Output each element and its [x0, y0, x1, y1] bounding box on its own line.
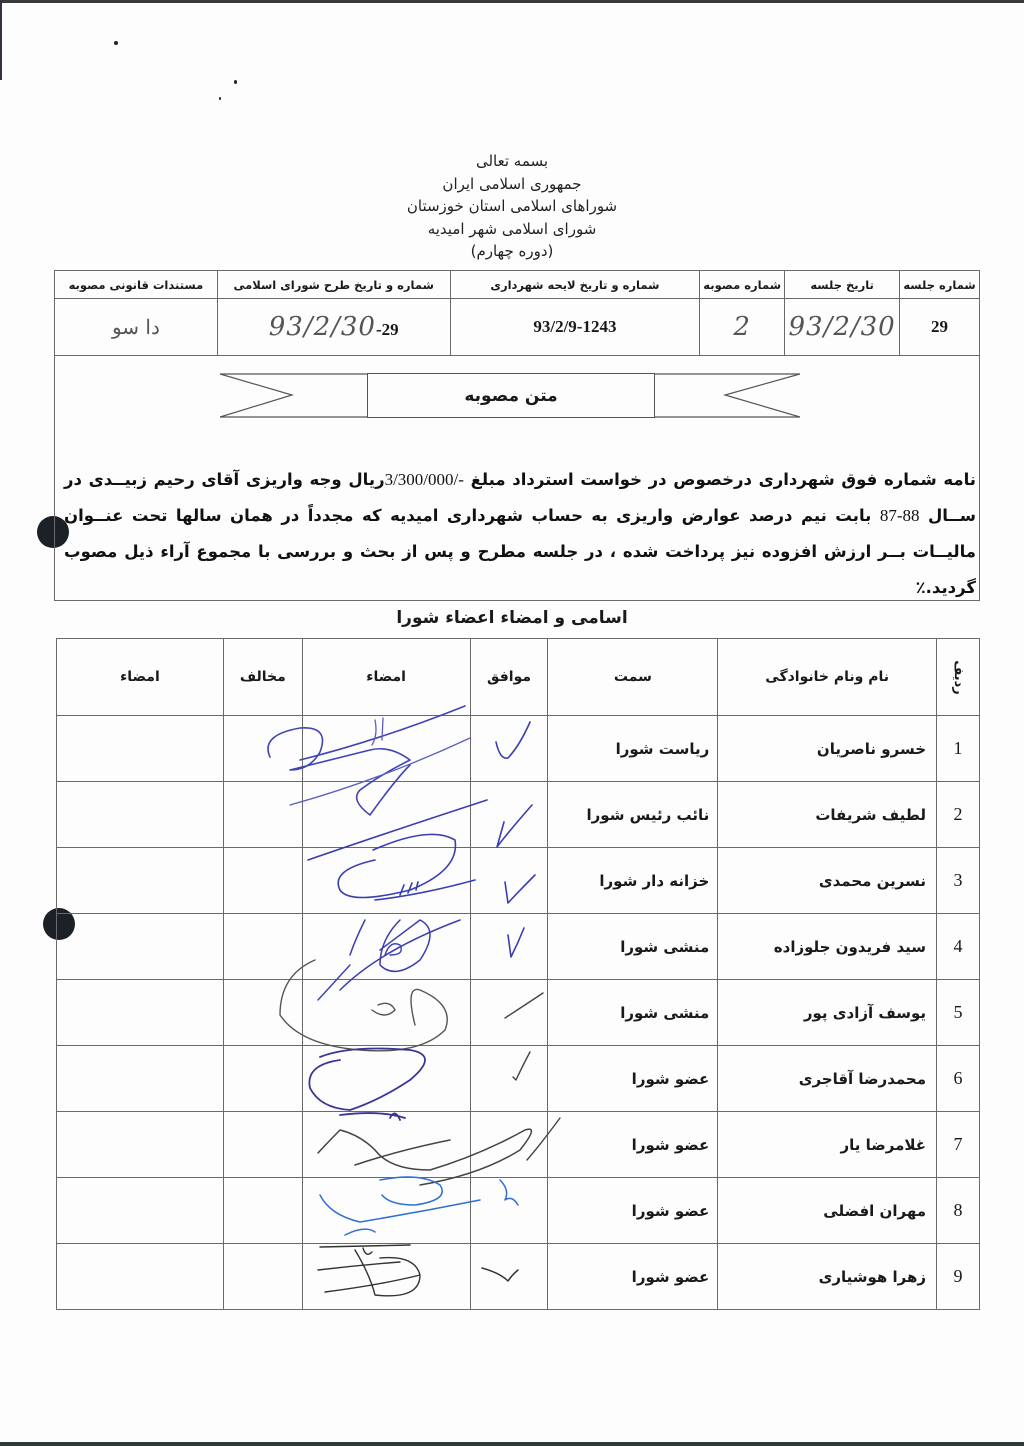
meta-header-row: شماره جلسه تاریخ جلسه شماره مصوبه شماره … — [55, 271, 980, 299]
row-index: 7 — [937, 1112, 980, 1178]
signature-cell — [302, 1178, 470, 1244]
signature-cell — [302, 782, 470, 848]
member-name: نسرین محمدی — [718, 848, 937, 914]
agree-cell — [470, 716, 548, 782]
col-index-label: ردیف — [951, 660, 966, 695]
member-role: منشی شورا — [548, 980, 718, 1046]
legal-basis-handwritten: دا سو — [112, 315, 160, 339]
heading-line: جمهوری اسلامی ایران — [0, 173, 1024, 196]
resolution-banner-label: متن مصوبه — [367, 373, 655, 418]
agree-cell — [470, 980, 548, 1046]
members-header-row: ردیف نام ونام خانوادگی سمت موافق امضاء م… — [57, 639, 980, 716]
heading-line: بسمه تعالی — [0, 150, 1024, 173]
document-heading: بسمه تعالی جمهوری اسلامی ایران شوراهای ا… — [0, 150, 1024, 263]
oppose-cell — [223, 1112, 302, 1178]
oppose-cell — [223, 1046, 302, 1112]
oppose-cell — [223, 1244, 302, 1310]
oppose-signature-cell — [57, 1178, 224, 1244]
signature-cell — [302, 1244, 470, 1310]
oppose-signature-cell — [57, 980, 224, 1046]
member-role: عضو شورا — [548, 1178, 718, 1244]
oppose-cell — [223, 848, 302, 914]
session-date: 93/2/30 — [785, 299, 900, 356]
agree-cell — [470, 848, 548, 914]
signature-cell — [302, 716, 470, 782]
oppose-signature-cell — [57, 1244, 224, 1310]
table-row: 2 لطیف شریفات نائب رئیس شورا — [57, 782, 980, 848]
table-row: 6 محمدرضا آقاجری عضو شورا — [57, 1046, 980, 1112]
members-section-title: اسامی و امضاء اعضاء شورا — [0, 608, 1024, 628]
table-row: 5 یوسف آزادی پور منشی شورا — [57, 980, 980, 1046]
oppose-cell — [223, 782, 302, 848]
col-session-date: تاریخ جلسه — [785, 271, 900, 299]
agree-cell — [470, 914, 548, 980]
heading-line: (دوره چهارم) — [0, 240, 1024, 263]
col-role: سمت — [548, 639, 718, 716]
col-name: نام ونام خانوادگی — [718, 639, 937, 716]
row-index: 3 — [937, 848, 980, 914]
scan-speck — [114, 41, 118, 45]
oppose-cell — [223, 716, 302, 782]
session-date-handwritten: 93/2/30 — [788, 312, 895, 342]
signature-cell — [302, 1046, 470, 1112]
oppose-cell — [223, 980, 302, 1046]
agree-cell — [470, 1178, 548, 1244]
body-text-part: نامه شماره فوق شهرداری درخصوص در خواست ا… — [464, 470, 976, 489]
resolution-number-handwritten: 2 — [733, 312, 751, 342]
member-name: یوسف آزادی پور — [718, 980, 937, 1046]
table-row: 4 سید فریدون جلوزاده منشی شورا — [57, 914, 980, 980]
scan-speck — [219, 97, 221, 100]
council-plan-handwritten: 93/2/30 — [269, 312, 376, 342]
member-role: ریاست شورا — [548, 716, 718, 782]
col-index: ردیف — [937, 639, 980, 716]
member-name: زهرا هوشیاری — [718, 1244, 937, 1310]
municipality-bill: 93/2/9-1243 — [450, 299, 700, 356]
scan-edge — [0, 0, 2, 80]
council-plan: 93/2/30-29 — [217, 299, 450, 356]
agree-cell — [470, 1046, 548, 1112]
col-municipality-bill: شماره و تاریخ لایحه شهرداری — [450, 271, 700, 299]
session-number: 29 — [900, 299, 980, 356]
scan-edge — [0, 0, 1024, 3]
agree-cell — [470, 1244, 548, 1310]
member-name: سید فریدون جلوزاده — [718, 914, 937, 980]
table-row: 1 خسرو ناصریان ریاست شورا — [57, 716, 980, 782]
member-role: خزانه دار شورا — [548, 848, 718, 914]
row-index: 6 — [937, 1046, 980, 1112]
years: 87-88 — [880, 506, 920, 525]
col-oppose: مخالف — [223, 639, 302, 716]
row-index: 4 — [937, 914, 980, 980]
oppose-signature-cell — [57, 848, 224, 914]
oppose-signature-cell — [57, 1046, 224, 1112]
council-plan-suffix: -29 — [376, 320, 399, 339]
col-agree: موافق — [470, 639, 548, 716]
meta-value-row: 29 93/2/30 2 93/2/9-1243 93/2/30-29 دا س… — [55, 299, 980, 356]
member-name: خسرو ناصریان — [718, 716, 937, 782]
oppose-signature-cell — [57, 1112, 224, 1178]
municipality-bill-value: 93/2/9-1243 — [533, 317, 616, 337]
resolution-number: 2 — [700, 299, 785, 356]
table-row: 8 مهران افضلی عضو شورا — [57, 1178, 980, 1244]
member-role: عضو شورا — [548, 1244, 718, 1310]
row-index: 2 — [937, 782, 980, 848]
member-name: محمدرضا آقاجری — [718, 1046, 937, 1112]
member-role: نائب رئیس شورا — [548, 782, 718, 848]
col-session-number: شماره جلسه — [900, 271, 980, 299]
col-legal-basis: مستندات قانونی مصوبه — [55, 271, 218, 299]
scan-edge — [0, 1442, 1024, 1446]
col-council-plan: شماره و تاریخ طرح شورای اسلامی — [217, 271, 450, 299]
heading-line: شورای اسلامی شهر امیدیه — [0, 218, 1024, 241]
row-index: 5 — [937, 980, 980, 1046]
row-index: 9 — [937, 1244, 980, 1310]
member-name: غلامرضا یار — [718, 1112, 937, 1178]
members-table: ردیف نام ونام خانوادگی سمت موافق امضاء م… — [56, 638, 980, 1310]
signature-cell — [302, 1112, 470, 1178]
signature-cell — [302, 980, 470, 1046]
body-text-part: بابت نیم درصد عوارض واریزی به حساب شهردا… — [64, 506, 976, 597]
member-role: عضو شورا — [548, 1112, 718, 1178]
refund-amount: 3/300/000/- — [385, 470, 464, 489]
legal-basis: دا سو — [55, 299, 218, 356]
oppose-signature-cell — [57, 914, 224, 980]
row-index: 8 — [937, 1178, 980, 1244]
member-name: لطیف شریفات — [718, 782, 937, 848]
table-row: 3 نسرین محمدی خزانه دار شورا — [57, 848, 980, 914]
table-row: 9 زهرا هوشیاری عضو شورا — [57, 1244, 980, 1310]
agree-cell — [470, 1112, 548, 1178]
oppose-cell — [223, 914, 302, 980]
col-oppose-signature: امضاء — [57, 639, 224, 716]
scan-speck — [234, 80, 237, 84]
member-role: منشی شورا — [548, 914, 718, 980]
oppose-signature-cell — [57, 716, 224, 782]
col-agree-signature: امضاء — [302, 639, 470, 716]
agree-cell — [470, 782, 548, 848]
signature-cell — [302, 914, 470, 980]
heading-line: شوراهای اسلامی استان خوزستان — [0, 195, 1024, 218]
resolution-body: نامه شماره فوق شهرداری درخصوص در خواست ا… — [64, 462, 976, 606]
oppose-cell — [223, 1178, 302, 1244]
member-name: مهران افضلی — [718, 1178, 937, 1244]
table-row: 7 غلامرضا یار عضو شورا — [57, 1112, 980, 1178]
meta-table: شماره جلسه تاریخ جلسه شماره مصوبه شماره … — [54, 270, 980, 356]
col-resolution-number: شماره مصوبه — [700, 271, 785, 299]
row-index: 1 — [937, 716, 980, 782]
member-role: عضو شورا — [548, 1046, 718, 1112]
oppose-signature-cell — [57, 782, 224, 848]
signature-cell — [302, 848, 470, 914]
